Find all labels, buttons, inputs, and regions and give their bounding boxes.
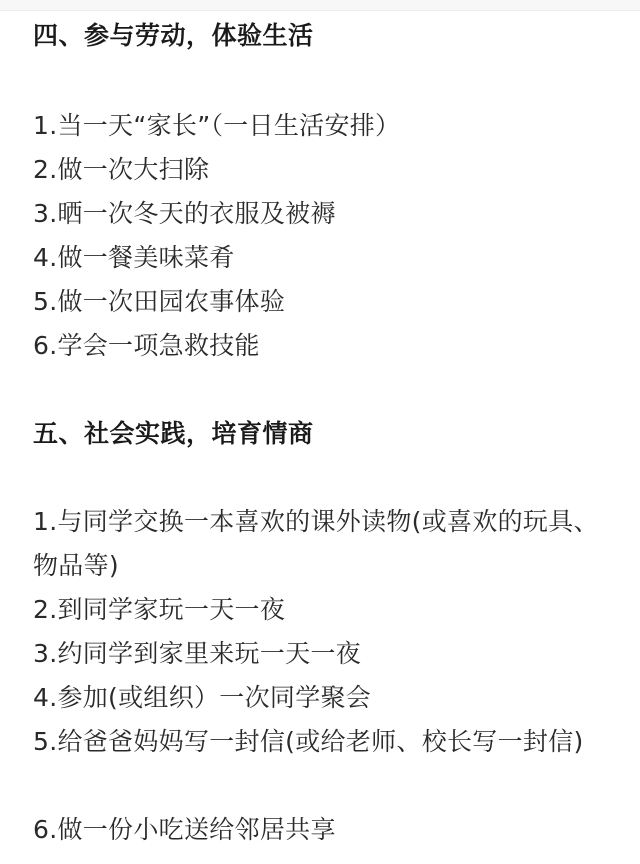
list-item: 4.参加(或组织）一次同学聚会 <box>33 676 623 720</box>
list-item: 5.给爸爸妈妈写一封信(或给老师、校长写一封信) <box>33 720 623 764</box>
list-item: 4.做一餐美味菜肴 <box>33 236 623 280</box>
list-item: 6.做一份小吃送给邻居共享 <box>33 808 623 852</box>
section-heading-labor: 四、参与劳动，体验生活 <box>33 20 314 52</box>
list-item: 1.当一天“家长”（一日生活安排） <box>33 104 623 148</box>
list-item: 3.约同学到家里来玩一天一夜 <box>33 632 623 676</box>
list-item: 2.到同学家玩一天一夜 <box>33 588 623 632</box>
list-item: 6.学会一项急救技能 <box>33 324 623 368</box>
list-item: 2.做一次大扫除 <box>33 148 623 192</box>
top-strip <box>0 0 640 11</box>
section-heading-social: 五、社会实践，培育情商 <box>33 418 314 450</box>
list-item: 3.晒一次冬天的衣服及被褥 <box>33 192 623 236</box>
list-item: 1.与同学交换一本喜欢的课外读物(或喜欢的玩具、物品等) <box>33 500 623 588</box>
list-item: 5.做一次田园农事体验 <box>33 280 623 324</box>
